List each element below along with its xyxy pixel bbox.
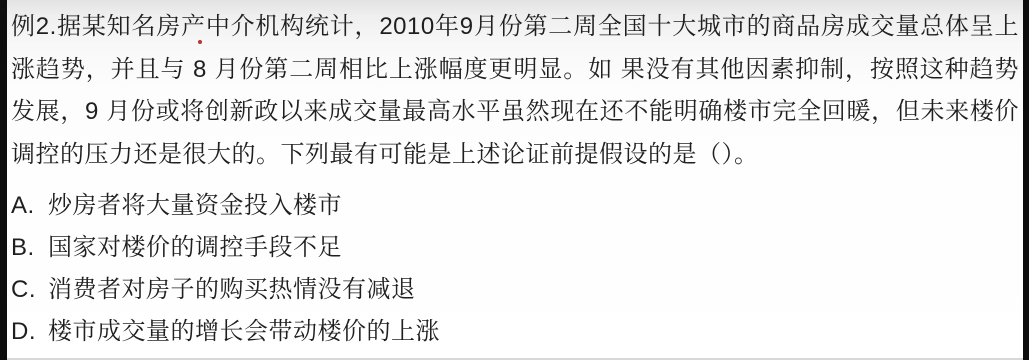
stem-line-1: 例2.据某知名房产中介机构统计，2010年9月份第二周全国十大城市的商品房成交量… [11, 6, 1019, 49]
red-annotation-dot [198, 40, 202, 44]
option-d-letter: D. [11, 311, 48, 353]
stem-line-3: 发展，9 月份或将创新政以来成交量最高水平虽然现在还不能明确楼市完全回暖，但未来… [11, 91, 1019, 134]
option-a: A. 炒房者将大量资金投入楼市 [11, 185, 1019, 227]
option-a-text: 炒房者将大量资金投入楼市 [48, 185, 1019, 227]
question-stem: 例2.据某知名房产中介机构统计，2010年9月份第二周全国十大城市的商品房成交量… [11, 6, 1019, 176]
option-a-letter: A. [11, 185, 48, 227]
option-c-text: 消费者对房子的购买热情没有减退 [48, 269, 1019, 311]
options-list: A. 炒房者将大量资金投入楼市 B. 国家对楼价的调控手段不足 C. 消费者对房… [11, 185, 1019, 353]
stem-line-4: 调控的压力还是很大的。下列最有可能是上述论证前提假设的是（）。 [11, 134, 1019, 177]
option-d-text: 楼市成交量的增长会带动楼价的上涨 [48, 311, 1019, 353]
option-b-letter: B. [11, 227, 48, 269]
question-slide: 例2.据某知名房产中介机构统计，2010年9月份第二周全国十大城市的商品房成交量… [7, 0, 1023, 360]
right-edge-bar [1023, 0, 1029, 360]
option-b: B. 国家对楼价的调控手段不足 [11, 227, 1019, 269]
left-edge-bar [0, 0, 7, 360]
stem-line-2: 涨趋势，并且与 8 月份第二周相比上涨幅度更明显。如 果没有其他因素抑制，按照这… [11, 49, 1019, 92]
option-d: D. 楼市成交量的增长会带动楼价的上涨 [11, 311, 1019, 353]
option-c: C. 消费者对房子的购买热情没有减退 [11, 269, 1019, 311]
option-b-text: 国家对楼价的调控手段不足 [48, 227, 1019, 269]
option-c-letter: C. [11, 269, 48, 311]
